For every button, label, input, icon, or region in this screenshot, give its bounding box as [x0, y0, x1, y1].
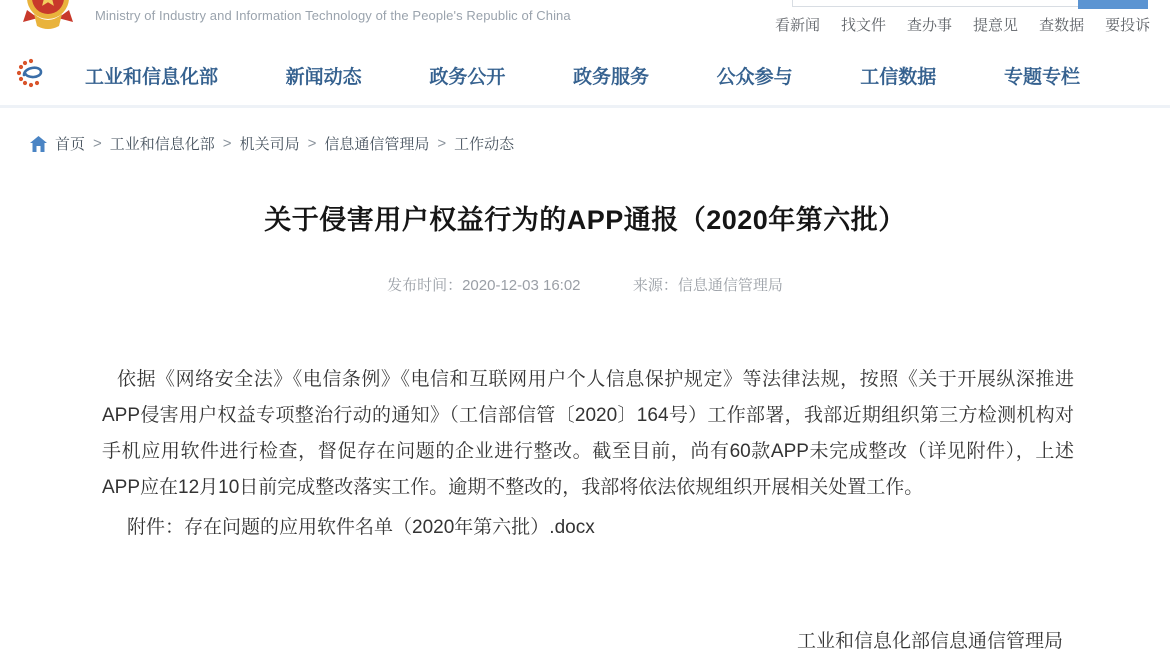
breadcrumb-work-updates[interactable]: 工作动态 [454, 133, 514, 154]
quick-link-services[interactable]: 查办事 [907, 14, 952, 35]
ministry-english-title: Ministry of Industry and Information Tec… [95, 8, 571, 23]
quick-link-news[interactable]: 看新闻 [775, 14, 820, 35]
breadcrumb-ministry[interactable]: 工业和信息化部 [110, 133, 215, 154]
attachment-line: 附件：存在问题的应用软件名单（2020年第六批）.docx [102, 512, 595, 539]
breadcrumb-separator: > [308, 135, 317, 152]
site-header: Ministry of Industry and Information Tec… [0, 0, 1170, 45]
breadcrumb-info-comm-bureau[interactable]: 信息通信管理局 [324, 133, 429, 154]
site-search [792, 0, 1148, 9]
article-paragraph: 依据《网络安全法》《电信条例》《电信和互联网用户个人信息保护规定》等法律法规，按… [102, 362, 1074, 506]
nav-items: 工业和信息化部 新闻动态 政务公开 政务服务 公众参与 工信数据 专题专栏 [85, 45, 1080, 105]
publish-time-label: 发布时间： [387, 277, 462, 294]
quick-link-files[interactable]: 找文件 [841, 14, 886, 35]
national-emblem-icon [22, 0, 74, 32]
main-nav: 工业和信息化部 新闻动态 政务公开 政务服务 公众参与 工信数据 专题专栏 [0, 45, 1170, 108]
article-title: 关于侵害用户权益行为的APP通报（2020年第六批） [0, 198, 1170, 237]
breadcrumb-home[interactable]: 首页 [55, 133, 85, 154]
breadcrumb-separator: > [93, 135, 102, 152]
breadcrumb-separator: > [223, 135, 232, 152]
article-meta: 发布时间：2020-12-03 16:02 来源：信息通信管理局 [0, 274, 1170, 295]
article-source: 来源：信息通信管理局 [633, 277, 783, 294]
miit-logo-icon [15, 57, 47, 89]
nav-item-miit-data[interactable]: 工信数据 [860, 62, 936, 89]
search-button[interactable] [1078, 0, 1148, 9]
nav-item-public-participation[interactable]: 公众参与 [717, 62, 793, 89]
home-icon [30, 136, 47, 152]
nav-item-gov-disclosure[interactable]: 政务公开 [429, 62, 505, 89]
breadcrumb: 首页 > 工业和信息化部 > 机关司局 > 信息通信管理局 > 工作动态 [30, 133, 514, 154]
attachment-link[interactable]: 存在问题的应用软件名单（2020年第六批）.docx [184, 517, 595, 538]
publish-time-value: 2020-12-03 16:02 [462, 277, 580, 294]
search-input[interactable] [792, 0, 1078, 7]
quick-link-data[interactable]: 查数据 [1039, 14, 1084, 35]
article-signature: 工业和信息化部信息通信管理局 [797, 626, 1063, 653]
publish-time: 发布时间：2020-12-03 16:02 [387, 277, 585, 294]
source-label: 来源： [633, 277, 678, 294]
nav-item-ministry[interactable]: 工业和信息化部 [85, 62, 218, 89]
quick-link-complaint[interactable]: 要投诉 [1105, 14, 1150, 35]
nav-item-special-columns[interactable]: 专题专栏 [1004, 62, 1080, 89]
attachment-label: 附件： [127, 517, 184, 538]
quick-link-suggest[interactable]: 提意见 [973, 14, 1018, 35]
nav-item-gov-services[interactable]: 政务服务 [573, 62, 649, 89]
source-value: 信息通信管理局 [678, 277, 783, 294]
breadcrumb-departments[interactable]: 机关司局 [240, 133, 300, 154]
quick-links: 看新闻 找文件 查办事 提意见 查数据 要投诉 [775, 14, 1150, 35]
breadcrumb-separator: > [437, 135, 446, 152]
nav-item-news[interactable]: 新闻动态 [286, 62, 362, 89]
